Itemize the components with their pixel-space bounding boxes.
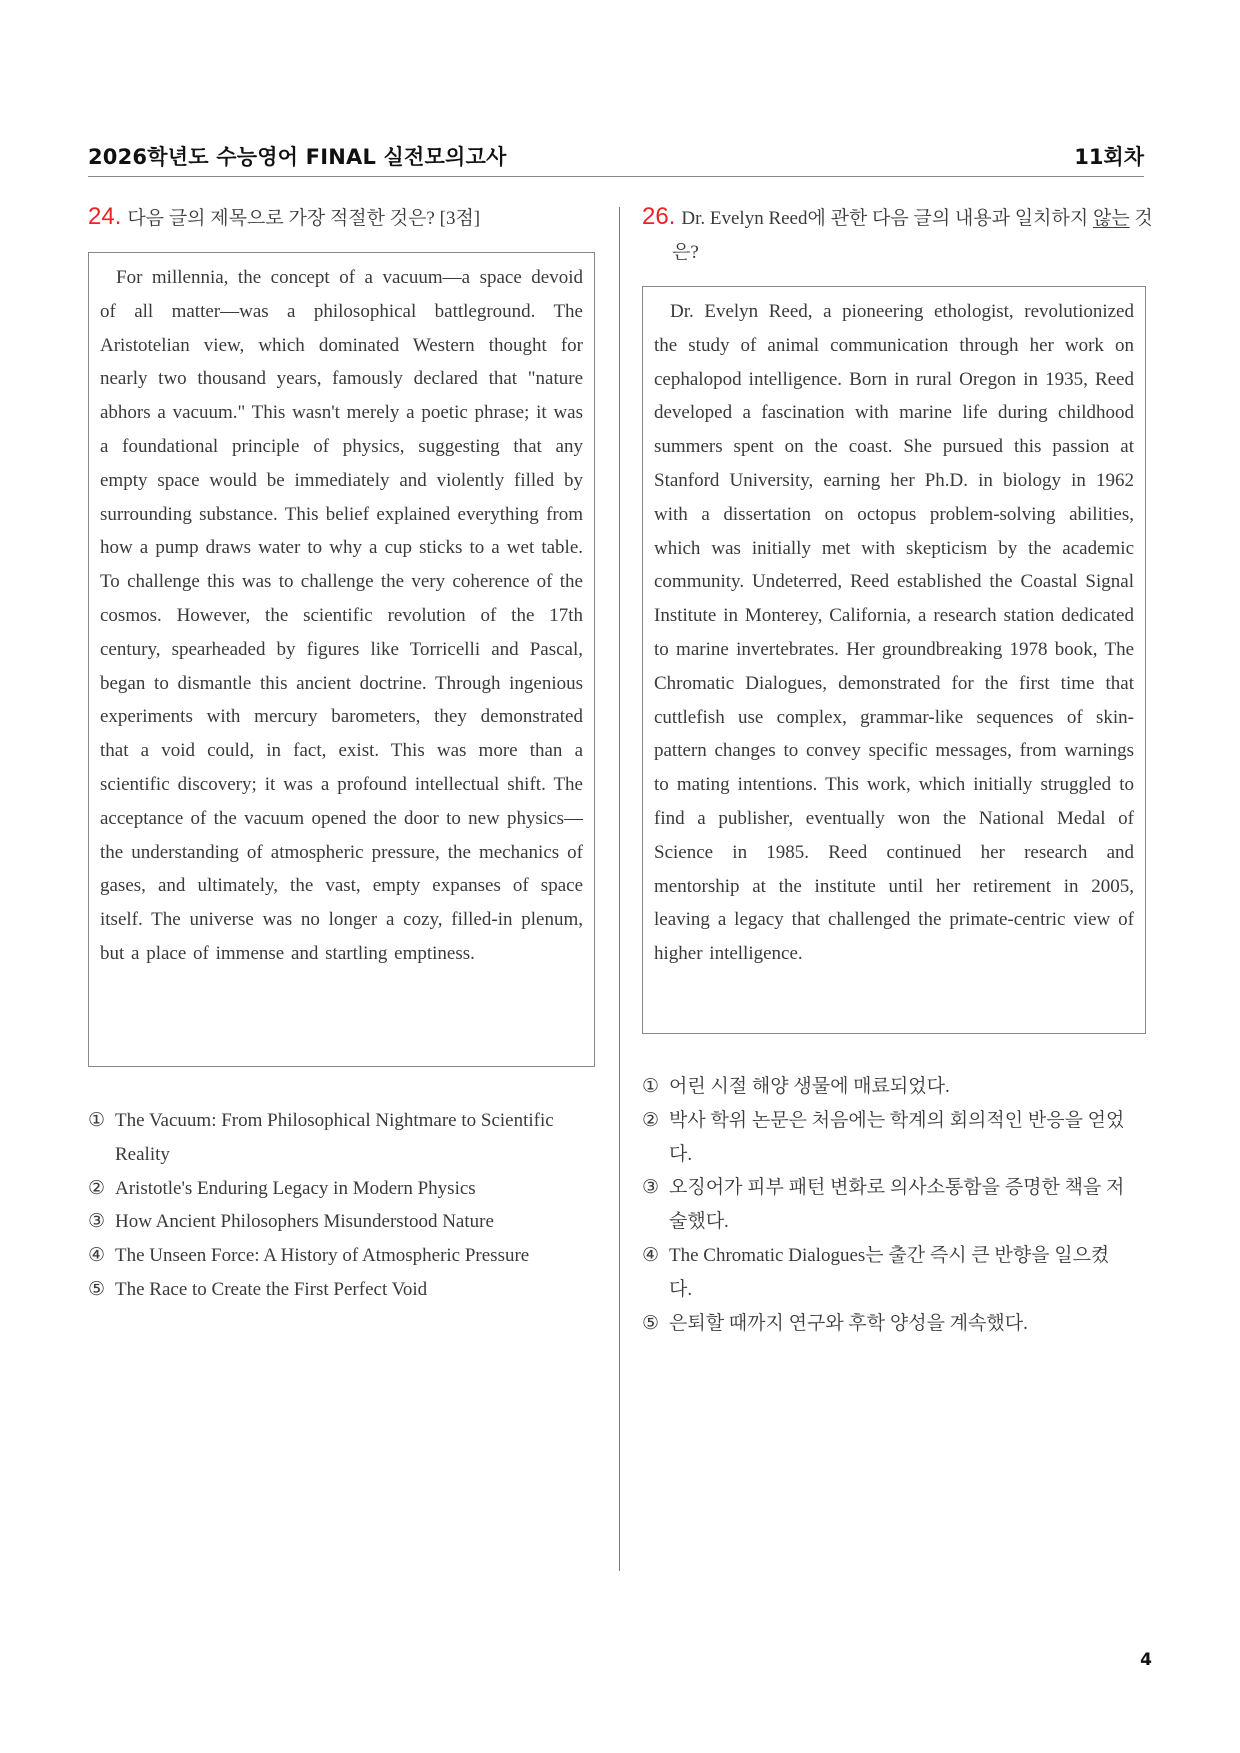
exam-round: 11회차 <box>1074 141 1144 171</box>
question-26-passage-box: Dr. Evelyn Reed, a pioneering ethologist… <box>642 286 1146 1034</box>
choice-mark: ⑤ <box>642 1307 669 1341</box>
underlined-negation: 않는 <box>1093 208 1130 229</box>
question-24-choices: ①The Vacuum: From Philosophical Nightmar… <box>88 1104 608 1307</box>
choice-3[interactable]: ③오징어가 피부 패턴 변화로 의사소통함을 증명한 책을 저술했다. <box>642 1171 1132 1239</box>
choice-mark: ⑤ <box>88 1273 115 1307</box>
question-instruction: 다음 글의 제목으로 가장 적절한 것은? [3점] <box>127 208 480 229</box>
choice-4[interactable]: ④The Chromatic Dialogues는 출간 즉시 큰 반향을 일으… <box>642 1239 1132 1307</box>
choice-mark: ④ <box>642 1239 669 1273</box>
choice-mark: ③ <box>88 1205 115 1239</box>
choice-2[interactable]: ②박사 학위 논문은 처음에는 학계의 회의적인 반응을 얻었다. <box>642 1104 1132 1172</box>
question-instruction: Dr. Evelyn Reed에 관한 다음 글의 내용과 일치하지 <box>681 208 1093 229</box>
question-26-choices: ①어린 시절 해양 생물에 매료되었다. ②박사 학위 논문은 처음에는 학계의… <box>642 1070 1132 1340</box>
choice-mark: ① <box>88 1104 115 1138</box>
choice-text: The Race to Create the First Perfect Voi… <box>115 1279 427 1300</box>
header-divider <box>88 176 1144 177</box>
question-26-prompt: 26.Dr. Evelyn Reed에 관한 다음 글의 내용과 일치하지 않는… <box>642 200 1154 270</box>
choice-text: How Ancient Philosophers Misunderstood N… <box>115 1211 494 1232</box>
choice-3[interactable]: ③How Ancient Philosophers Misunderstood … <box>88 1205 608 1239</box>
choice-1[interactable]: ①어린 시절 해양 생물에 매료되었다. <box>642 1070 1132 1104</box>
choice-text: 오징어가 피부 패턴 변화로 의사소통함을 증명한 책을 저술했다. <box>669 1177 1124 1232</box>
choice-2[interactable]: ②Aristotle's Enduring Legacy in Modern P… <box>88 1172 608 1206</box>
question-number: 24. <box>88 203 121 230</box>
passage-text: For millennia, the concept of a vacuum—a… <box>100 261 583 971</box>
choice-1[interactable]: ①The Vacuum: From Philosophical Nightmar… <box>88 1104 608 1172</box>
page-number: 4 <box>1140 1650 1152 1670</box>
choice-text: The Chromatic Dialogues는 출간 즉시 큰 반향을 일으켰… <box>669 1245 1109 1300</box>
choice-5[interactable]: ⑤은퇴할 때까지 연구와 후학 양성을 계속했다. <box>642 1307 1132 1341</box>
column-divider <box>619 207 620 1571</box>
choice-mark: ② <box>88 1172 115 1206</box>
choice-text: The Vacuum: From Philosophical Nightmare… <box>115 1110 554 1165</box>
choice-mark: ④ <box>88 1239 115 1273</box>
question-24-passage-box: For millennia, the concept of a vacuum—a… <box>88 252 595 1067</box>
choice-text: 어린 시절 해양 생물에 매료되었다. <box>669 1076 950 1097</box>
question-number: 26. <box>642 203 675 230</box>
question-24-prompt: 24.다음 글의 제목으로 가장 적절한 것은? [3점] <box>88 200 608 236</box>
choice-mark: ① <box>642 1070 669 1104</box>
choice-text: 박사 학위 논문은 처음에는 학계의 회의적인 반응을 얻었다. <box>669 1110 1124 1165</box>
passage-text: Dr. Evelyn Reed, a pioneering ethologist… <box>654 295 1134 971</box>
choice-mark: ② <box>642 1104 669 1138</box>
choice-mark: ③ <box>642 1171 669 1205</box>
choice-4[interactable]: ④The Unseen Force: A History of Atmosphe… <box>88 1239 608 1273</box>
choice-5[interactable]: ⑤The Race to Create the First Perfect Vo… <box>88 1273 608 1307</box>
choice-text: Aristotle's Enduring Legacy in Modern Ph… <box>115 1178 476 1199</box>
exam-title: 2026학년도 수능영어 FINAL 실전모의고사 <box>88 141 506 171</box>
choice-text: The Unseen Force: A History of Atmospher… <box>115 1245 529 1266</box>
choice-text: 은퇴할 때까지 연구와 후학 양성을 계속했다. <box>669 1313 1028 1334</box>
